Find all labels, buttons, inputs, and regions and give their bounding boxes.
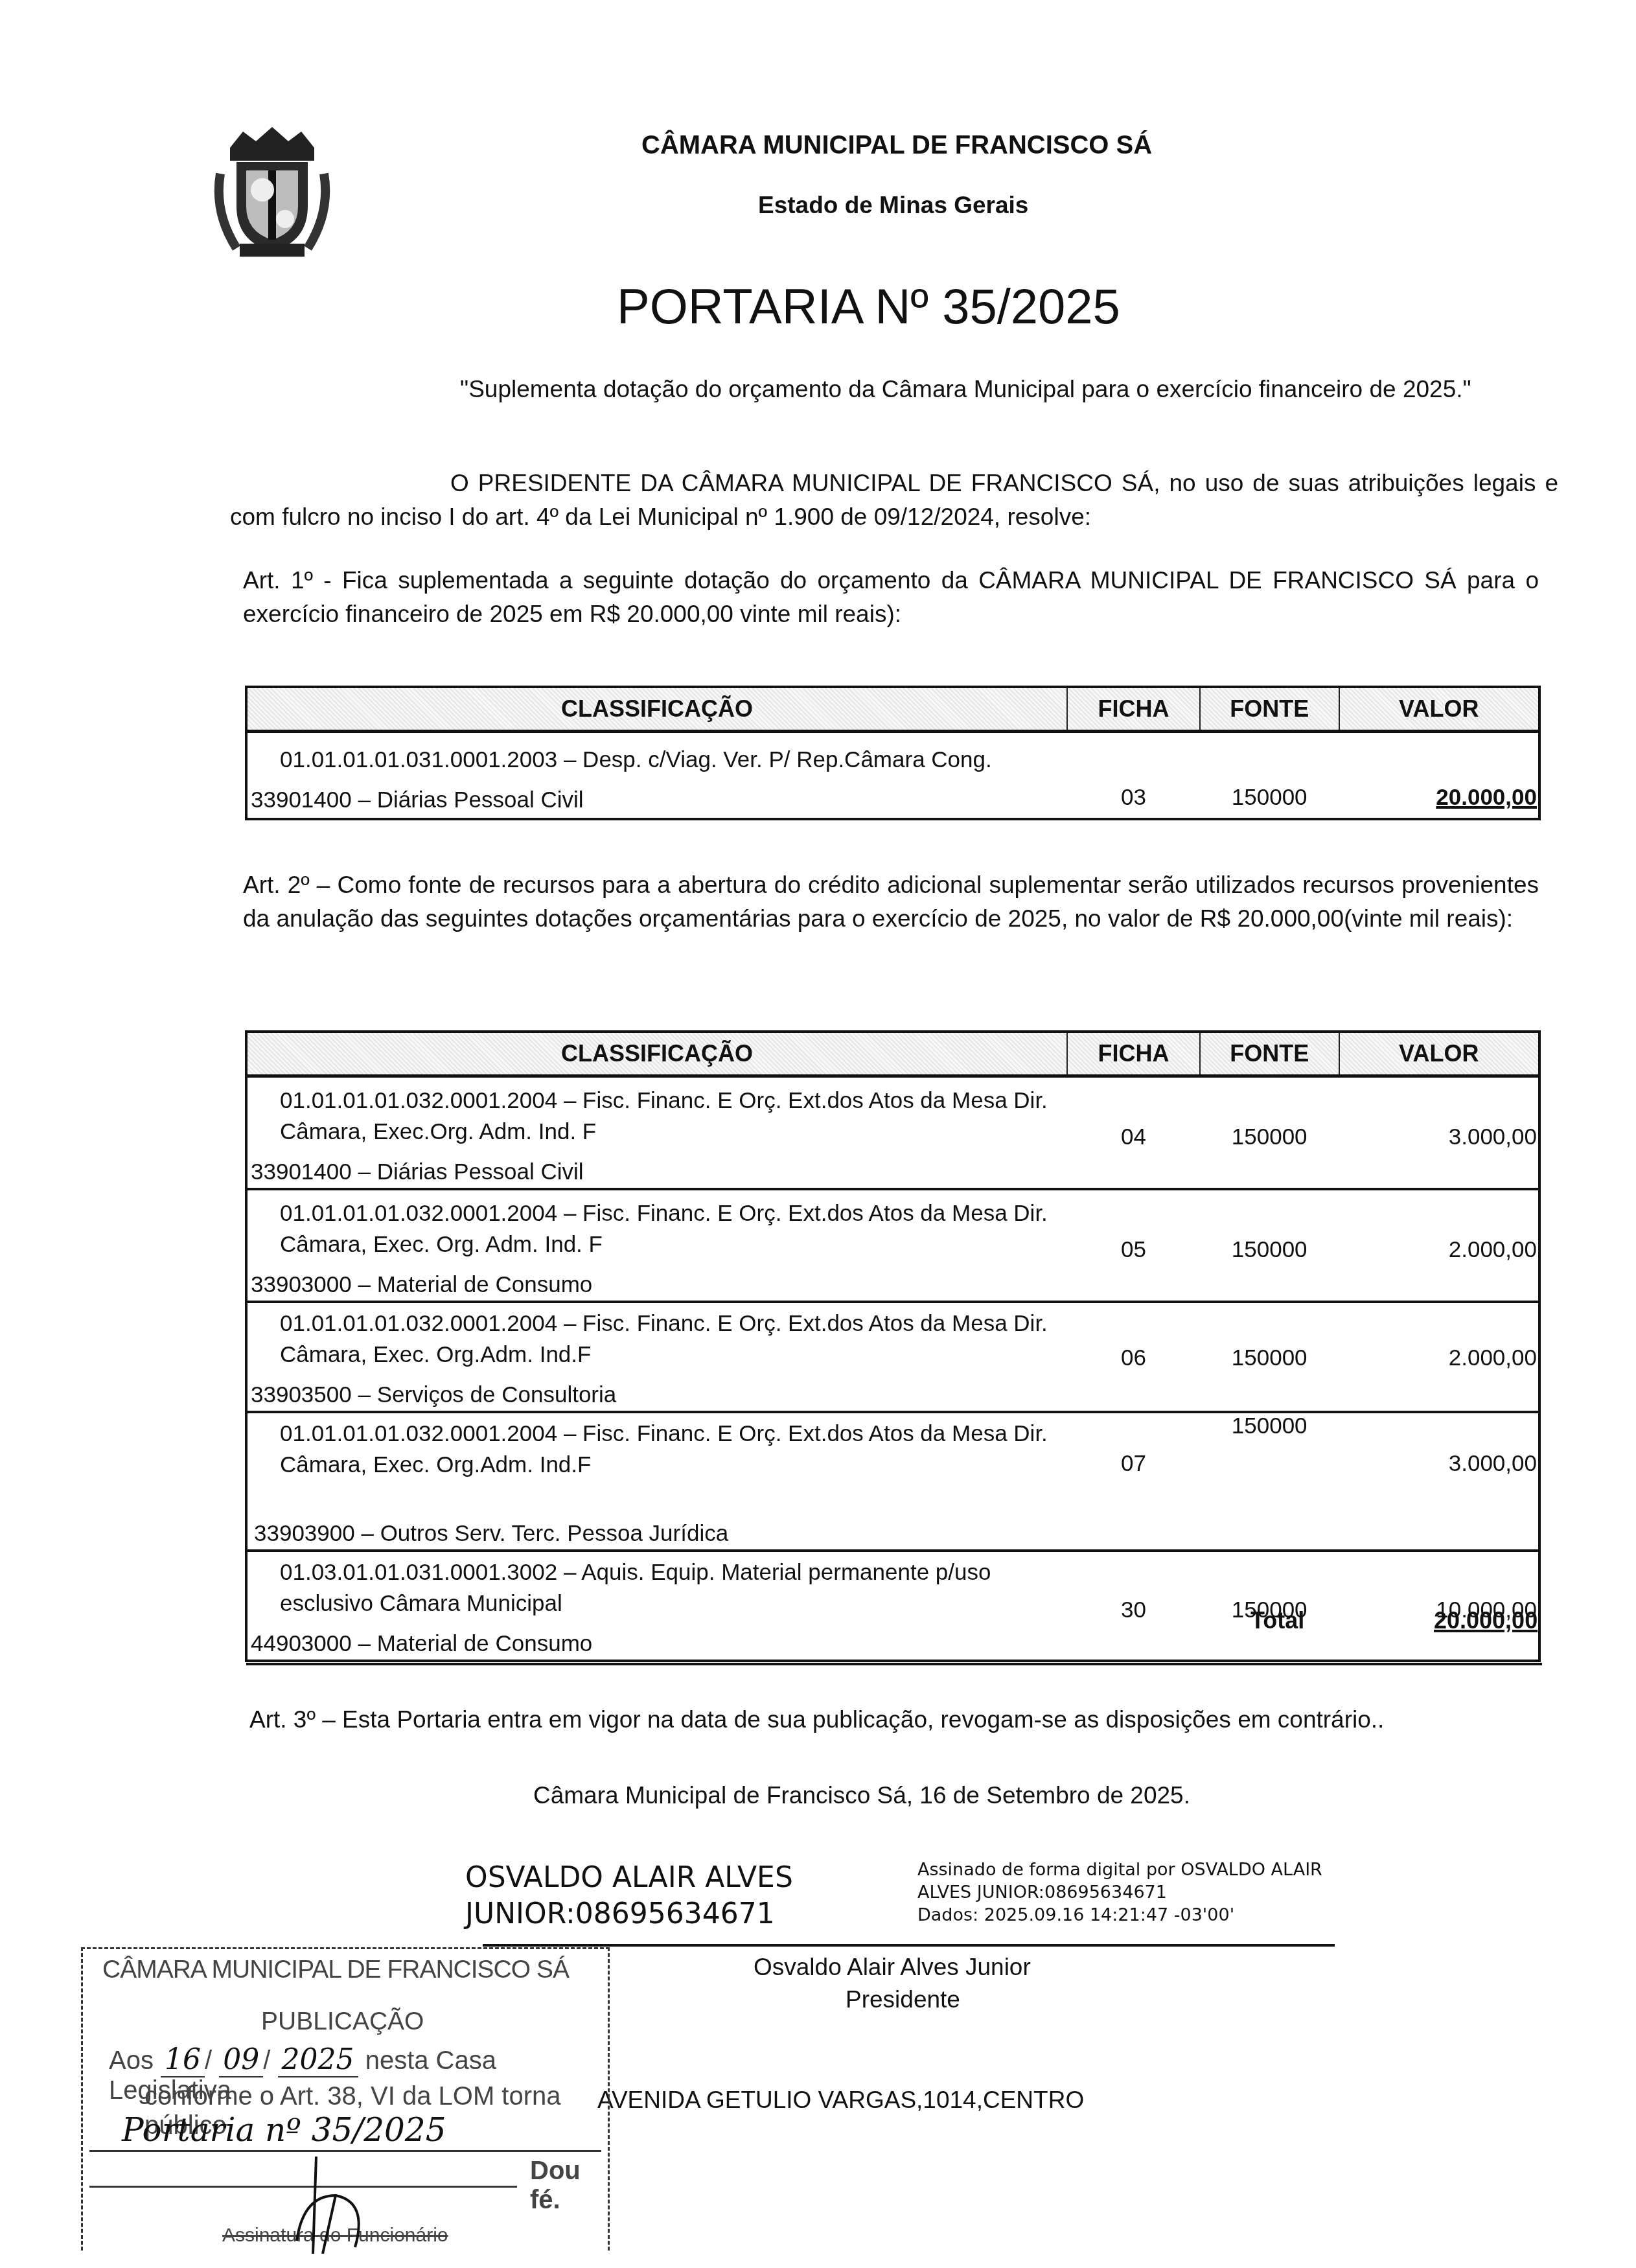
ficha-cell: 06 — [1067, 1302, 1200, 1412]
column-header-ficha: FICHA — [1067, 1032, 1200, 1076]
program-description: esclusivo Câmara Municipal — [280, 1588, 1067, 1619]
table-row: 01.01.01.01.032.0001.2004 – Fisc. Financ… — [246, 1189, 1539, 1302]
program-code: 01.01.01.01.032.0001.2004 – Fisc. Financ… — [280, 1198, 1067, 1229]
element-code: 33903000 – Material de Consumo — [251, 1269, 1067, 1301]
valor-cell: 2.000,00 — [1339, 1189, 1539, 1302]
valor-cell: 2.000,00 — [1339, 1302, 1539, 1412]
classification-cell: 01.01.01.01.032.0001.2004 – Fisc. Financ… — [246, 1412, 1067, 1551]
classification-cell: 01.03.01.01.031.0001.3002 – Aquis. Equip… — [246, 1551, 1067, 1661]
valor-cell: 3.000,00 — [1339, 1412, 1539, 1551]
program-code: 01.01.01.01.031.0001.2003 – Desp. c/Viag… — [280, 745, 1067, 776]
program-code: 01.01.01.01.032.0001.2004 – Fisc. Financ… — [280, 1308, 1067, 1339]
table-row: 01.01.01.01.032.0001.2004 – Fisc. Financ… — [246, 1302, 1539, 1412]
program-description: Câmara, Exec. Org.Adm. Ind.F — [280, 1339, 1067, 1371]
stamp-month: 09 — [219, 2043, 263, 2077]
signer-role: Presidente — [846, 1983, 960, 2017]
classification-cell: 01.01.01.01.032.0001.2004 – Fisc. Financ… — [246, 1189, 1067, 1302]
divider — [246, 1663, 1542, 1665]
publication-stamp: CÂMARA MUNICIPAL DE FRANCISCO SÁ PUBLICA… — [81, 1947, 610, 2251]
table-row: 01.01.01.01.032.0001.2004 – Fisc. Financ… — [246, 1412, 1539, 1551]
table-header-row: CLASSIFICAÇÃO FICHA FONTE VALOR — [246, 687, 1539, 732]
stamp-title: PUBLICAÇÃO — [261, 2008, 424, 2036]
digital-signature-note-line2: ALVES JUNIOR:08695634671 — [917, 1881, 1322, 1904]
total-label: Total — [1250, 1607, 1304, 1634]
ficha-cell: 03 — [1067, 732, 1200, 819]
address: AVENIDA GETULIO VARGAS,1014,CENTRO — [597, 2083, 1084, 2117]
handwritten-signature-icon — [277, 2157, 381, 2254]
digital-signature-name-line2: JUNIOR:08695634671 — [465, 1896, 793, 1932]
digital-signature-note-line1: Assinado de forma digital por OSVALDO AL… — [917, 1858, 1322, 1881]
element-code: 33901400 – Diárias Pessoal Civil — [251, 785, 1067, 816]
stamp-date-prefix: Aos — [109, 2046, 154, 2075]
stamp-year: 2025 — [278, 2043, 358, 2077]
fonte-cell: 150000 — [1200, 1302, 1339, 1412]
classification-cell: 01.01.01.01.032.0001.2004 – Fisc. Financ… — [246, 1076, 1067, 1190]
digital-signature-timestamp: Dados: 2025.09.16 14:21:47 -03'00' — [917, 1904, 1322, 1927]
stamp-certification: Dou fé. — [530, 2157, 608, 2215]
document-subtitle: "Suplementa dotação do orçamento da Câma… — [460, 373, 1471, 406]
document-title: PORTARIA Nº 35/2025 — [617, 279, 1120, 335]
table-row: 01.01.01.01.032.0001.2004 – Fisc. Financ… — [246, 1076, 1539, 1190]
program-code: 01.03.01.01.031.0001.3002 – Aquis. Equip… — [280, 1557, 1067, 1588]
program-description: Câmara, Exec.Org. Adm. Ind. F — [280, 1117, 1067, 1148]
table-row: 01.03.01.01.031.0001.3002 – Aquis. Equip… — [246, 1551, 1539, 1661]
column-header-fonte: FONTE — [1200, 1032, 1339, 1076]
ficha-cell: 07 — [1067, 1412, 1200, 1551]
element-code: 33901400 – Diárias Pessoal Civil — [251, 1157, 1067, 1188]
column-header-fonte: FONTE — [1200, 687, 1339, 732]
program-code: 01.01.01.01.032.0001.2004 – Fisc. Financ… — [280, 1085, 1067, 1117]
divider — [89, 2150, 601, 2152]
element-code: 44903000 – Material de Consumo — [251, 1628, 1067, 1660]
valor-cell: 10.000,00 — [1339, 1551, 1539, 1661]
classification-cell: 01.01.01.01.032.0001.2004 – Fisc. Financ… — [246, 1302, 1067, 1412]
fonte-cell: 150000 — [1200, 732, 1339, 819]
column-header-classificacao: CLASSIFICAÇÃO — [246, 1032, 1067, 1076]
organization-state: Estado de Minas Gerais — [758, 192, 1028, 219]
ficha-cell: 05 — [1067, 1189, 1200, 1302]
place-and-date: Câmara Municipal de Francisco Sá, 16 de … — [533, 1779, 1190, 1812]
supplement-table: CLASSIFICAÇÃO FICHA FONTE VALOR 01.01.01… — [245, 686, 1541, 820]
element-code: 33903900 – Outros Serv. Terc. Pessoa Jur… — [254, 1518, 1067, 1549]
digital-signature-details: Assinado de forma digital por OSVALDO AL… — [917, 1858, 1322, 1927]
fonte-cell: 150000 — [1200, 1076, 1339, 1190]
fonte-cell: 150000 — [1200, 1551, 1339, 1661]
article-2: Art. 2º – Como fonte de recursos para a … — [243, 868, 1539, 936]
table-row: 01.01.01.01.031.0001.2003 – Desp. c/Viag… — [246, 732, 1539, 819]
program-description: Câmara, Exec. Org.Adm. Ind.F — [280, 1450, 1067, 1481]
program-description: Câmara, Exec. Org. Adm. Ind. F — [280, 1229, 1067, 1260]
annulment-table: CLASSIFICAÇÃO FICHA FONTE VALOR 01.01.01… — [245, 1030, 1541, 1662]
column-header-ficha: FICHA — [1067, 687, 1200, 732]
digital-signature-name-line1: OSVALDO ALAIR ALVES — [465, 1860, 793, 1896]
column-header-classificacao: CLASSIFICAÇÃO — [246, 687, 1067, 732]
article-3: Art. 3º – Esta Portaria entra em vigor n… — [249, 1703, 1384, 1737]
fonte-cell: 150000 — [1200, 1412, 1339, 1551]
valor-cell: 3.000,00 — [1339, 1076, 1539, 1190]
program-code: 01.01.01.01.032.0001.2004 – Fisc. Financ… — [280, 1418, 1067, 1450]
element-code: 33903500 – Serviços de Consultoria — [251, 1380, 1067, 1411]
signature-line — [483, 1944, 1335, 1947]
table-header-row: CLASSIFICAÇÃO FICHA FONTE VALOR — [246, 1032, 1539, 1076]
article-1: Art. 1º - Fica suplementada a seguinte d… — [243, 564, 1539, 631]
signer-name: Osvaldo Alair Alves Junior — [754, 1950, 1031, 1984]
stamp-organization: CÂMARA MUNICIPAL DE FRANCISCO SÁ — [102, 1956, 569, 1984]
organization-name: CÂMARA MUNICIPAL DE FRANCISCO SÁ — [641, 131, 1152, 160]
ficha-cell: 04 — [1067, 1076, 1200, 1190]
intro-paragraph: O PRESIDENTE DA CÂMARA MUNICIPAL DE FRAN… — [230, 467, 1558, 534]
valor-cell: 20.000,00 — [1339, 732, 1539, 819]
digital-signature-name: OSVALDO ALAIR ALVES JUNIOR:08695634671 — [465, 1860, 793, 1932]
municipal-coat-of-arms-icon — [211, 122, 334, 261]
column-header-valor: VALOR — [1339, 687, 1539, 732]
ficha-cell: 30 — [1067, 1551, 1200, 1661]
stamp-day: 16 — [161, 2043, 205, 2077]
fonte-cell: 150000 — [1200, 1189, 1339, 1302]
total-value: 20.000,00 — [1434, 1607, 1538, 1634]
stamp-handwritten-reference: Portaria nº 35/2025 — [122, 2111, 446, 2149]
column-header-valor: VALOR — [1339, 1032, 1539, 1076]
classification-cell: 01.01.01.01.031.0001.2003 – Desp. c/Viag… — [246, 732, 1067, 819]
